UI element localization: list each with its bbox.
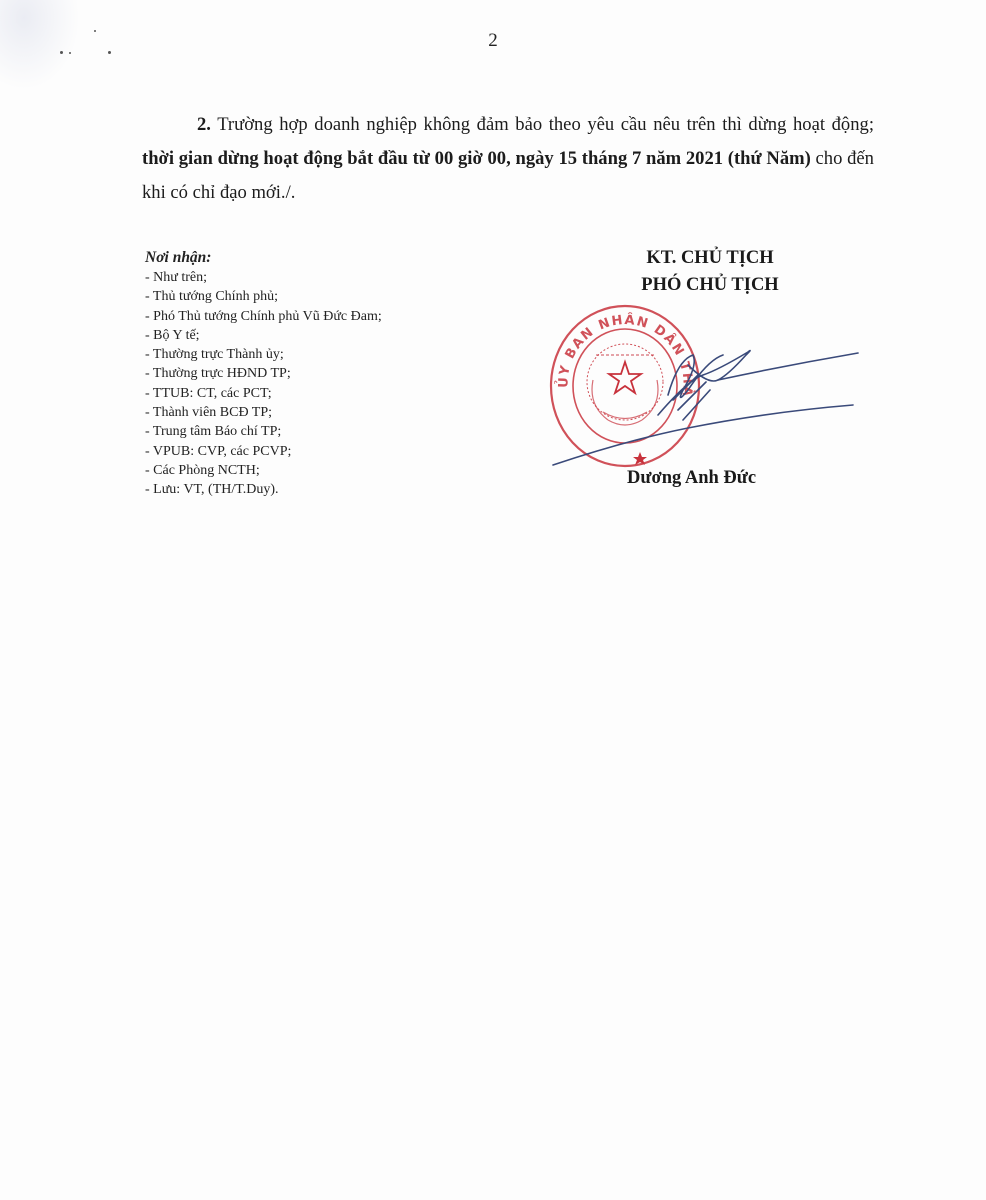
recipient-item: - Các Phòng NCTH; [145,461,505,480]
recipient-item: - VPUB: CVP, các PCVP; [145,442,505,461]
recipient-item: - Thường trực Thành ủy; [145,345,505,364]
recipient-item: - Lưu: VT, (TH/T.Duy). [145,480,505,499]
recipients-heading: Nơi nhận: [145,248,505,268]
signature-title-1: KT. CHỦ TỊCH [560,245,860,272]
recipients-block: Nơi nhận: - Như trên;- Thủ tướng Chính p… [145,248,505,500]
scan-speck [69,52,71,54]
recipients-list: - Như trên;- Thủ tướng Chính phủ;- Phó T… [145,268,505,500]
recipient-item: - TTUB: CT, các PCT; [145,384,505,403]
recipient-item: - Trung tâm Báo chí TP; [145,422,505,441]
recipient-item: - Thủ tướng Chính phủ; [145,287,505,306]
signature-block: KT. CHỦ TỊCH PHÓ CHỦ TỊCH [560,245,860,299]
document-page: 2 2. Trường hợp doanh nghiệp không đảm b… [0,0,986,1200]
page-number: 2 [0,30,986,52]
recipient-item: - Bộ Y tế; [145,326,505,345]
body-paragraph: 2. Trường hợp doanh nghiệp không đảm bảo… [142,108,874,210]
paragraph-text-bold: thời gian dừng hoạt động bắt đầu từ 00 g… [142,148,811,169]
paragraph-text-1: Trường hợp doanh nghiệp không đảm bảo th… [211,114,874,135]
recipient-item: - Thường trực HĐND TP; [145,364,505,383]
recipient-item: - Phó Thủ tướng Chính phủ Vũ Đức Đam; [145,307,505,326]
recipient-item: - Thành viên BCĐ TP; [145,403,505,422]
paragraph-number: 2. [197,114,211,135]
handwritten-signature [548,320,888,470]
signer-name: Dương Anh Đức [627,468,756,489]
recipient-item: - Như trên; [145,268,505,287]
signature-title-2: PHÓ CHỦ TỊCH [560,272,860,299]
